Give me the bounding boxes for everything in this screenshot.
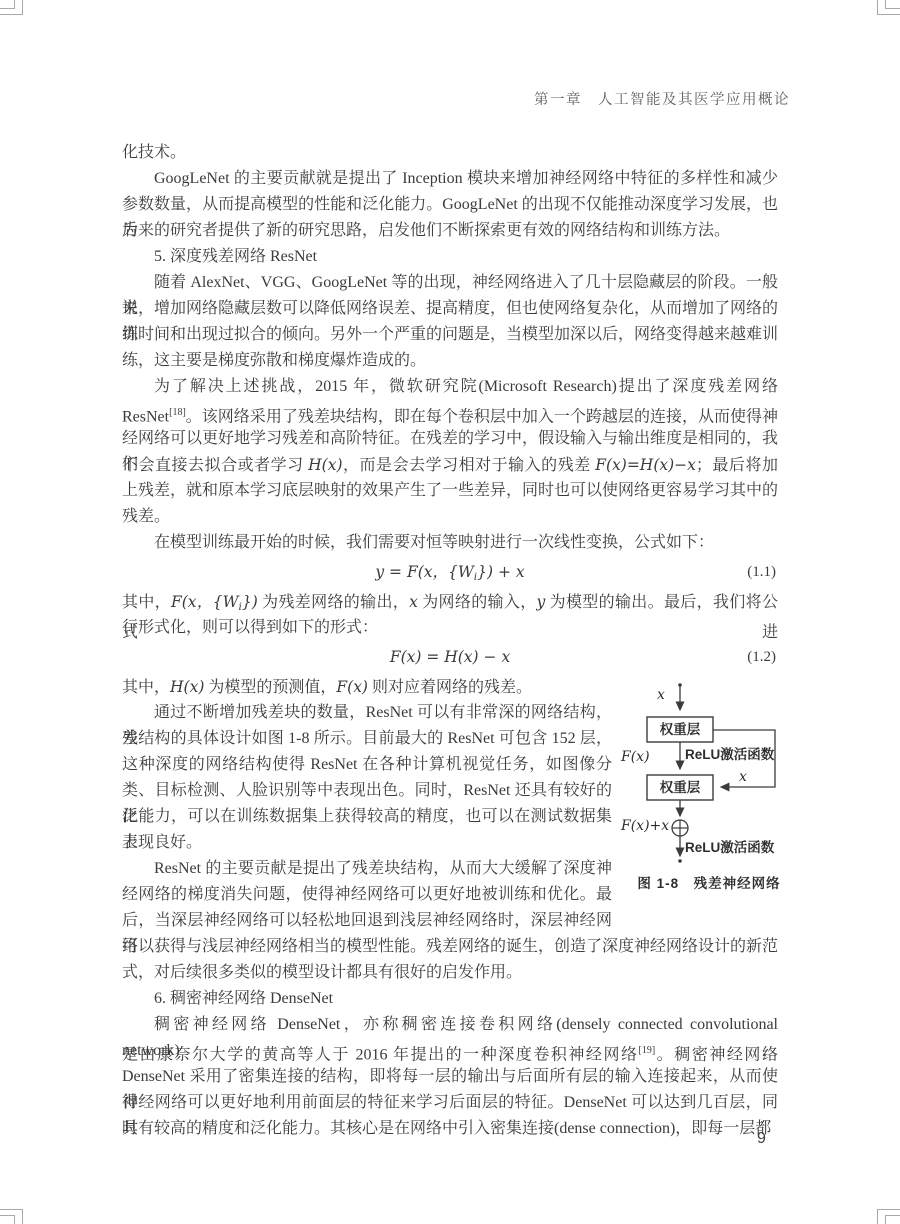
text-segment: 化技术。	[122, 144, 186, 161]
text-line: 残差。	[122, 504, 778, 530]
math-segment: x	[409, 593, 418, 611]
resnet-diagram: x 权重层 x ReLU激活函数 F(x) 权重层 F(x)+x ReLU激活函…	[613, 680, 805, 872]
equation-number: (1.1)	[747, 556, 776, 589]
text-line: 为了解决上述挑战，2015 年，微软研究院(Microsoft Research…	[122, 374, 778, 400]
math-segment: F(x)	[336, 678, 368, 696]
text-segment: 具有较高的精度和泛化能力。其核心是在网络中引入密集连接(dense connec…	[122, 1120, 771, 1137]
text-line: DenseNet 采用了密集连接的结构，即将每一层的输出与后面所有层的输入连接起…	[122, 1064, 778, 1090]
text-line: 后，当深层神经网络可以轻松地回退到浅层神经网络时，深层神经网络	[122, 908, 612, 934]
text-line: 神经网络可以更好地利用前面层的特征来学习后面层的特征。DenseNet 可以达到…	[122, 1090, 778, 1116]
relu-label-2: ReLU激活函数	[685, 839, 775, 855]
text-segment: 上残差，就和原本学习底层映射的效果产生了一些差异，同时也可以使网络更容易学习其中…	[122, 482, 778, 499]
text-segment: 表现良好。	[122, 834, 202, 851]
text-segment: 行形式化，则可以得到如下的形式：	[122, 619, 378, 636]
text-line: ResNet 的主要贡献是提出了残差块结构，从而大大缓解了深度神	[122, 856, 612, 882]
text-line: 6. 稠密神经网络 DenseNet	[122, 986, 778, 1012]
text-segment: 经网络的梯度消失问题，使得神经网络可以更好地被训练和优化。最	[122, 886, 612, 903]
text-segment: 练时间和出现过拟合的倾向。另外一个严重的问题是，当模型加深以后，网络变得越来越难…	[122, 326, 778, 343]
text-line: 参数数量，从而提高模型的性能和泛化能力。GoogLeNet 的出现不仅能推动深度…	[122, 192, 778, 218]
text-line: 练时间和出现过拟合的倾向。另外一个严重的问题是，当模型加深以后，网络变得越来越难…	[122, 322, 778, 348]
text-segment: 为残差网络的输出，	[258, 594, 409, 611]
text-segment: ResNet 的主要贡献是提出了残差块结构，从而大大缓解了深度神	[154, 860, 612, 877]
text-segment: 在模型训练最开始的时候，我们需要对恒等映射进行一次线性变换，公式如下：	[154, 534, 714, 551]
text-line: 化技术。	[122, 140, 778, 166]
text-segment: 5. 深度残差网络 ResNet	[154, 248, 317, 265]
text-segment: 是由康奈尔大学的黄高等人于 2016 年提出的一种深度卷积神经网络	[122, 1046, 639, 1063]
body-text: 化技术。GoogLeNet 的主要贡献就是提出了 Inception 模块来增加…	[122, 140, 778, 1142]
math-segment: F(x) = H(x) − x	[390, 648, 510, 666]
weight-layer-2-label: 权重层	[660, 779, 701, 795]
text-line: 5. 深度残差网络 ResNet	[122, 244, 778, 270]
text-segment: 可以获得与浅层神经网络相当的模型性能。残差网络的诞生，创造了深度神经网络设计的新…	[122, 938, 778, 955]
figure-caption: 图 1-8 残差神经网络	[613, 872, 805, 892]
text-segment: 。该网络采用了残差块结构，即在每个卷积层中加入一个跨越层的连接，从而使得神	[186, 408, 778, 425]
math-segment: H(x)	[308, 456, 342, 474]
formula-line: F(x) = H(x) − x(1.2)	[122, 641, 778, 674]
text-segment: 不会直接去拟合或者学习	[122, 457, 308, 474]
text-segment: 残差。	[122, 508, 170, 525]
text-line: 类、目标检测、人脸识别等中表现出色。同时，ResNet 还具有较好的泛	[122, 778, 612, 804]
equation-number: (1.2)	[747, 641, 776, 674]
text-line: 表现良好。	[122, 830, 612, 856]
text-line: 式，对后续很多类似的模型设计都具有很好的启发作用。	[122, 960, 778, 986]
text-segment: 后来的研究者提供了新的研究思路，启发他们不断探索更有效的网络结构和训练方法。	[122, 222, 730, 239]
text-line: 通过不断增加残差块的数量，ResNet 可以有非常深的网络结构，残	[122, 700, 612, 726]
input-x-label: x	[657, 687, 665, 703]
text-segment: ；最后将加	[696, 457, 778, 474]
text-line: ResNet[18]。该网络采用了残差块结构，即在每个卷积层中加入一个跨越层的连…	[122, 400, 778, 426]
text-line: 练，这主要是梯度弥散和梯度爆炸造成的。	[122, 348, 778, 374]
text-segment: 其中，	[122, 594, 171, 611]
math-segment: F(x，{W	[171, 593, 239, 611]
text-line: 稠密神经网络 DenseNet，亦称稠密连接卷积网络(densely conne…	[122, 1012, 778, 1038]
text-line: 化能力，可以在训练数据集上获得较高的精度，也可以在测试数据集上	[122, 804, 612, 830]
text-segment: 为了解决上述挑战，2015 年，微软研究院(Microsoft Research…	[154, 378, 778, 395]
formula-line: y = F(x，{Wi}) + x(1.1)	[122, 556, 778, 589]
resnet-figure: x 权重层 x ReLU激活函数 F(x) 权重层 F(x)+x ReLU激活函…	[613, 680, 805, 900]
text-line: 行形式化，则可以得到如下的形式：	[122, 615, 778, 641]
text-line: 说，增加网络隐藏层数可以降低网络误差、提高精度，但也使网络复杂化，从而增加了网络…	[122, 296, 778, 322]
output-node-dot	[678, 859, 682, 863]
text-segment: 为网络的输入，	[418, 594, 537, 611]
text-line: 后来的研究者提供了新的研究思路，启发他们不断探索更有效的网络结构和训练方法。	[122, 218, 778, 244]
text-segment: 差结构的具体设计如图 1-8 所示。目前最大的 ResNet 可包含 152 层…	[122, 730, 612, 747]
math-segment: }) + x	[477, 563, 525, 581]
text-segment: 。稠密神经网络	[655, 1046, 778, 1063]
citation-superscript: [19]	[639, 1045, 656, 1056]
text-segment: GoogLeNet 的主要贡献就是提出了 Inception 模块来增加神经网络…	[154, 170, 778, 187]
math-segment: F(x)=H(x)−x	[595, 456, 696, 474]
text-segment: 练，这主要是梯度弥散和梯度爆炸造成的。	[122, 352, 426, 369]
text-segment: 6. 稠密神经网络 DenseNet	[154, 990, 333, 1007]
skip-x-label: x	[739, 769, 747, 785]
page-number: 9	[757, 1130, 766, 1148]
text-line: 可以获得与浅层神经网络相当的模型性能。残差网络的诞生，创造了深度神经网络设计的新…	[122, 934, 778, 960]
text-line: GoogLeNet 的主要贡献就是提出了 Inception 模块来增加神经网络…	[122, 166, 778, 192]
text-line: 随着 AlexNet、VGG、GoogLeNet 等的出现，神经网络进入了几十层…	[122, 270, 778, 296]
text-line: 差结构的具体设计如图 1-8 所示。目前最大的 ResNet 可包含 152 层…	[122, 726, 612, 752]
citation-superscript: [18]	[169, 407, 186, 418]
fx-label: F(x)	[620, 749, 650, 765]
text-segment: ResNet	[122, 408, 169, 425]
text-segment: 则对应着网络的残差。	[368, 679, 532, 696]
sum-label: F(x)+x	[620, 818, 669, 834]
math-segment: y = F(x，{W	[375, 563, 473, 581]
book-page: .cm{width:100%;height:100%;left:0;top:0;…	[0, 0, 900, 1224]
text-segment: 其中，	[122, 679, 170, 696]
text-line: 其中，F(x，{Wi}) 为残差网络的输出，x 为网络的输入，y 为模型的输出。…	[122, 589, 778, 615]
text-line: 在模型训练最开始的时候，我们需要对恒等映射进行一次线性变换，公式如下：	[122, 530, 778, 556]
text-line: 不会直接去拟合或者学习 H(x)，而是会去学习相对于输入的残差 F(x)=H(x…	[122, 452, 778, 478]
text-line: 是由康奈尔大学的黄高等人于 2016 年提出的一种深度卷积神经网络[19]。稠密…	[122, 1038, 778, 1064]
text-line: 上残差，就和原本学习底层映射的效果产生了一些差异，同时也可以使网络更容易学习其中…	[122, 478, 778, 504]
running-header: 第一章 人工智能及其医学应用概论	[534, 88, 790, 109]
text-segment: 式，对后续很多类似的模型设计都具有很好的启发作用。	[122, 964, 522, 981]
weight-layer-1-label: 权重层	[660, 721, 701, 737]
math-segment: y	[537, 593, 546, 611]
text-line: 具有较高的精度和泛化能力。其核心是在网络中引入密集连接(dense connec…	[122, 1116, 778, 1142]
text-line: 经网络可以更好地学习残差和高阶特征。在残差的学习中，假设输入与输出维度是相同的，…	[122, 426, 778, 452]
math-segment: })	[242, 593, 258, 611]
text-segment: ，而是会去学习相对于输入的残差	[343, 457, 596, 474]
math-segment: H(x)	[170, 678, 204, 696]
text-segment: 这种深度的网络结构使得 ResNet 在各种计算机视觉任务，如图像分	[122, 756, 612, 773]
text-line: 这种深度的网络结构使得 ResNet 在各种计算机视觉任务，如图像分	[122, 752, 612, 778]
text-line: 经网络的梯度消失问题，使得神经网络可以更好地被训练和优化。最	[122, 882, 612, 908]
text-segment: 为模型的预测值，	[204, 679, 336, 696]
relu-label-1: ReLU激活函数	[685, 746, 775, 762]
